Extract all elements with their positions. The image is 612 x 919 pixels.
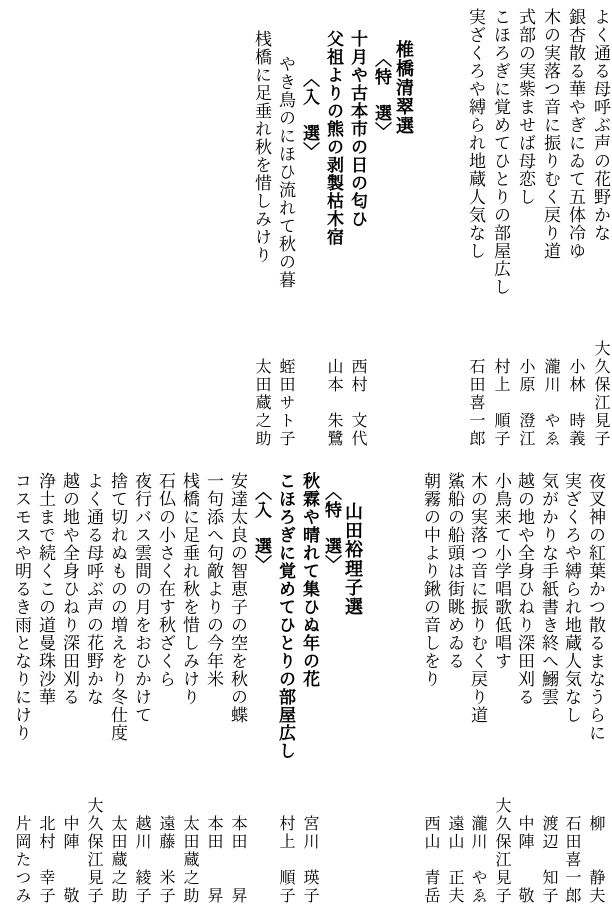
author-name: 柳 静夫 [583, 815, 607, 905]
section-header: 椎橋清翠選 [392, 40, 416, 135]
haiku-text: 桟橋に足垂れ秋を惜しみけり [249, 30, 273, 264]
haiku-column: こほろぎに覚めてひとりの部屋広し村上 順子 [488, 0, 512, 460]
author-name: 西山 青岳 [418, 815, 442, 905]
rank-marker-column: 〈特 選〉 [319, 460, 343, 919]
author-name: 小原 澄江 [513, 358, 537, 448]
haiku-column: 越の地や全身ひねり深田刈る中陣 敬 [57, 460, 81, 919]
author-name: 村上 順子 [273, 815, 297, 905]
haiku-text: よく通る母呼ぶ声の花野かな [81, 472, 105, 706]
author-name: 太田蔵之助 [105, 815, 129, 905]
author-name: 中陣 敬 [57, 815, 81, 905]
author-name: 大久保江見子 [489, 797, 513, 905]
author-name: 北村 幸子 [33, 815, 57, 905]
haiku-text: 十月や古本市の日の匂ひ [345, 30, 369, 228]
haiku-text: 木の実落つ音に振りむく戻り道 [465, 472, 489, 724]
haiku-column: コスモスや明るき雨となりにけり片岡たつみ [9, 460, 33, 919]
author-name: 瀧川 やゑ [538, 358, 562, 448]
haiku-column: 父祖よりの熊の剥製枯木宿山本 朱鷺 [321, 0, 345, 460]
haiku-text: 父祖よりの熊の剥製枯木宿 [321, 30, 345, 246]
haiku-column: よく通る母呼ぶ声の花野かな大久保江見子 [81, 460, 105, 919]
haiku-text: 銀杏散る華やぎにゐて五体冷ゆ [563, 8, 587, 260]
haiku-text: 捨て切れぬものの増えをり冬仕度 [105, 472, 129, 742]
author-name: 宮川 瑛子 [297, 815, 321, 905]
haiku-text: こほろぎに覚めてひとりの部屋広し [273, 472, 297, 760]
haiku-column: 桟橋に足垂れ秋を惜しみけり太田蔵之助 [249, 0, 273, 460]
haiku-text: 実ざくろや縛られ地蔵人気なし [463, 8, 487, 260]
rank-marker-column: 〈入 選〉 [297, 0, 321, 460]
haiku-column: 式部の実紫ませば母恋し小原 澄江 [513, 0, 537, 460]
author-name: 小林 時義 [563, 358, 587, 448]
haiku-text: 夜叉神の紅葉かつ散るまなうらに [583, 472, 607, 742]
haiku-text: やき鳥のにほひ流れて秋の暮 [273, 55, 297, 289]
rank-marker: 〈特 選〉 [319, 483, 343, 573]
haiku-text: 式部の実紫ませば母恋し [513, 8, 537, 206]
author-name: 渡辺 知子 [536, 815, 560, 905]
haiku-column: 実ざくろや縛られ地蔵人気なし石田喜一郎 [559, 460, 583, 919]
lower-tier: 夜叉神の紅葉かつ散るまなうらに柳 静夫実ざくろや縛られ地蔵人気なし石田喜一郎気が… [0, 460, 612, 919]
author-name: 大久保江見子 [81, 797, 105, 905]
haiku-text: 桟橋に足垂れ秋を惜しみけり [177, 472, 201, 706]
haiku-text: 気がかりな手紙書き終へ鰯雲 [536, 472, 560, 706]
haiku-text: コスモスや明るき雨となりにけり [9, 472, 33, 742]
haiku-text: 実ざくろや縛られ地蔵人気なし [559, 472, 583, 724]
haiku-column: 夜行バス雲間の月をおひかけて越川 綾子 [129, 460, 153, 919]
author-name: 山本 朱鷺 [321, 358, 345, 448]
author-name: 太田蔵之助 [177, 815, 201, 905]
haiku-column: 捨て切れぬものの増えをり冬仕度太田蔵之助 [105, 460, 129, 919]
author-name: 西村 文代 [345, 358, 369, 448]
section-header-column: 椎橋清翠選 [392, 0, 416, 460]
rank-marker: 〈入 選〉 [249, 483, 273, 573]
section-header: 山田裕理子選 [341, 502, 365, 616]
haiku-column: 秋霖や晴れて集ひぬ年の花宮川 瑛子 [297, 460, 321, 919]
rank-marker: 〈入 選〉 [297, 70, 321, 160]
haiku-column: よく通る母呼ぶ声の花野かな大久保江見子 [588, 0, 612, 460]
haiku-column: 浄土まで続くこの道曼珠沙華北村 幸子 [33, 460, 57, 919]
author-name: 太田蔵之助 [249, 358, 273, 448]
haiku-column: 銀杏散る華やぎにゐて五体冷ゆ小林 時義 [563, 0, 587, 460]
rank-marker: 〈特 選〉 [369, 50, 393, 140]
haiku-column: 一句添へ句敵よりの今年米本田 昇 [201, 460, 225, 919]
haiku-text: 秋霖や晴れて集ひぬ年の花 [297, 472, 321, 688]
author-name: 本田 昇 [201, 815, 225, 905]
author-name: 石田喜一郎 [463, 358, 487, 448]
rank-marker-column: 〈特 選〉 [369, 0, 393, 460]
haiku-text: 越の地や全身ひねり深田刈る [512, 472, 536, 706]
haiku-column: 小鳥来て小学唱歌低唱す大久保江見子 [489, 460, 513, 919]
haiku-column: 石仏の小さく在す秋ざくら遠藤 米子 [153, 460, 177, 919]
haiku-text: 夜行バス雲間の月をおひかけて [129, 472, 153, 724]
haiku-text: 鯊船の船頭は街眺めゐる [442, 472, 466, 670]
author-name: 越川 綾子 [129, 815, 153, 905]
haiku-text: 小鳥来て小学唱歌低唱す [489, 472, 513, 670]
haiku-text: よく通る母呼ぶ声の花野かな [588, 8, 612, 242]
haiku-column: 安達太良の智恵子の空を秋の蝶本田 昇 [225, 460, 249, 919]
upper-tier: よく通る母呼ぶ声の花野かな大久保江見子銀杏散る華やぎにゐて五体冷ゆ小林 時義木の… [0, 0, 612, 460]
author-name: 大久保江見子 [588, 340, 612, 448]
section-header-column: 山田裕理子選 [341, 460, 365, 919]
haiku-text: 石仏の小さく在す秋ざくら [153, 472, 177, 688]
author-name: 遠山 正夫 [442, 815, 466, 905]
haiku-journal-page: よく通る母呼ぶ声の花野かな大久保江見子銀杏散る華やぎにゐて五体冷ゆ小林 時義木の… [0, 0, 612, 919]
haiku-column: 木の実落つ音に振りむく戻り道瀧川 やゑ [538, 0, 562, 460]
author-name: 片岡たつみ [9, 815, 33, 905]
haiku-column: こほろぎに覚めてひとりの部屋広し村上 順子 [273, 460, 297, 919]
haiku-column: 気がかりな手紙書き終へ鰯雲渡辺 知子 [536, 460, 560, 919]
haiku-text: こほろぎに覚めてひとりの部屋広し [488, 8, 512, 296]
haiku-text: 越の地や全身ひねり深田刈る [57, 472, 81, 706]
haiku-text: 安達太良の智恵子の空を秋の蝶 [225, 472, 249, 724]
haiku-column: 桟橋に足垂れ秋を惜しみけり太田蔵之助 [177, 460, 201, 919]
haiku-column: 鯊船の船頭は街眺めゐる遠山 正夫 [442, 460, 466, 919]
author-name: 蛭田サト子 [273, 358, 297, 448]
author-name: 中陣 敬 [512, 815, 536, 905]
author-name: 石田喜一郎 [559, 815, 583, 905]
author-name: 遠藤 米子 [153, 815, 177, 905]
haiku-column: 夜叉神の紅葉かつ散るまなうらに柳 静夫 [583, 460, 607, 919]
haiku-column: 木の実落つ音に振りむく戻り道瀧川 やゑ [465, 460, 489, 919]
author-name: 村上 順子 [488, 358, 512, 448]
haiku-text: 木の実落つ音に振りむく戻り道 [538, 8, 562, 260]
haiku-column: やき鳥のにほひ流れて秋の暮蛭田サト子 [273, 0, 297, 460]
haiku-text: 浄土まで続くこの道曼珠沙華 [33, 472, 57, 706]
author-name: 瀧川 やゑ [465, 815, 489, 905]
haiku-text: 一句添へ句敵よりの今年米 [201, 472, 225, 688]
haiku-column: 朝霧の中より鍬の音しをり西山 青岳 [418, 460, 442, 919]
haiku-column: 実ざくろや縛られ地蔵人気なし石田喜一郎 [463, 0, 487, 460]
haiku-column: 十月や古本市の日の匂ひ西村 文代 [345, 0, 369, 460]
author-name: 本田 昇 [225, 815, 249, 905]
haiku-text: 朝霧の中より鍬の音しをり [418, 472, 442, 688]
rank-marker-column: 〈入 選〉 [249, 460, 273, 919]
haiku-column: 越の地や全身ひねり深田刈る中陣 敬 [512, 460, 536, 919]
